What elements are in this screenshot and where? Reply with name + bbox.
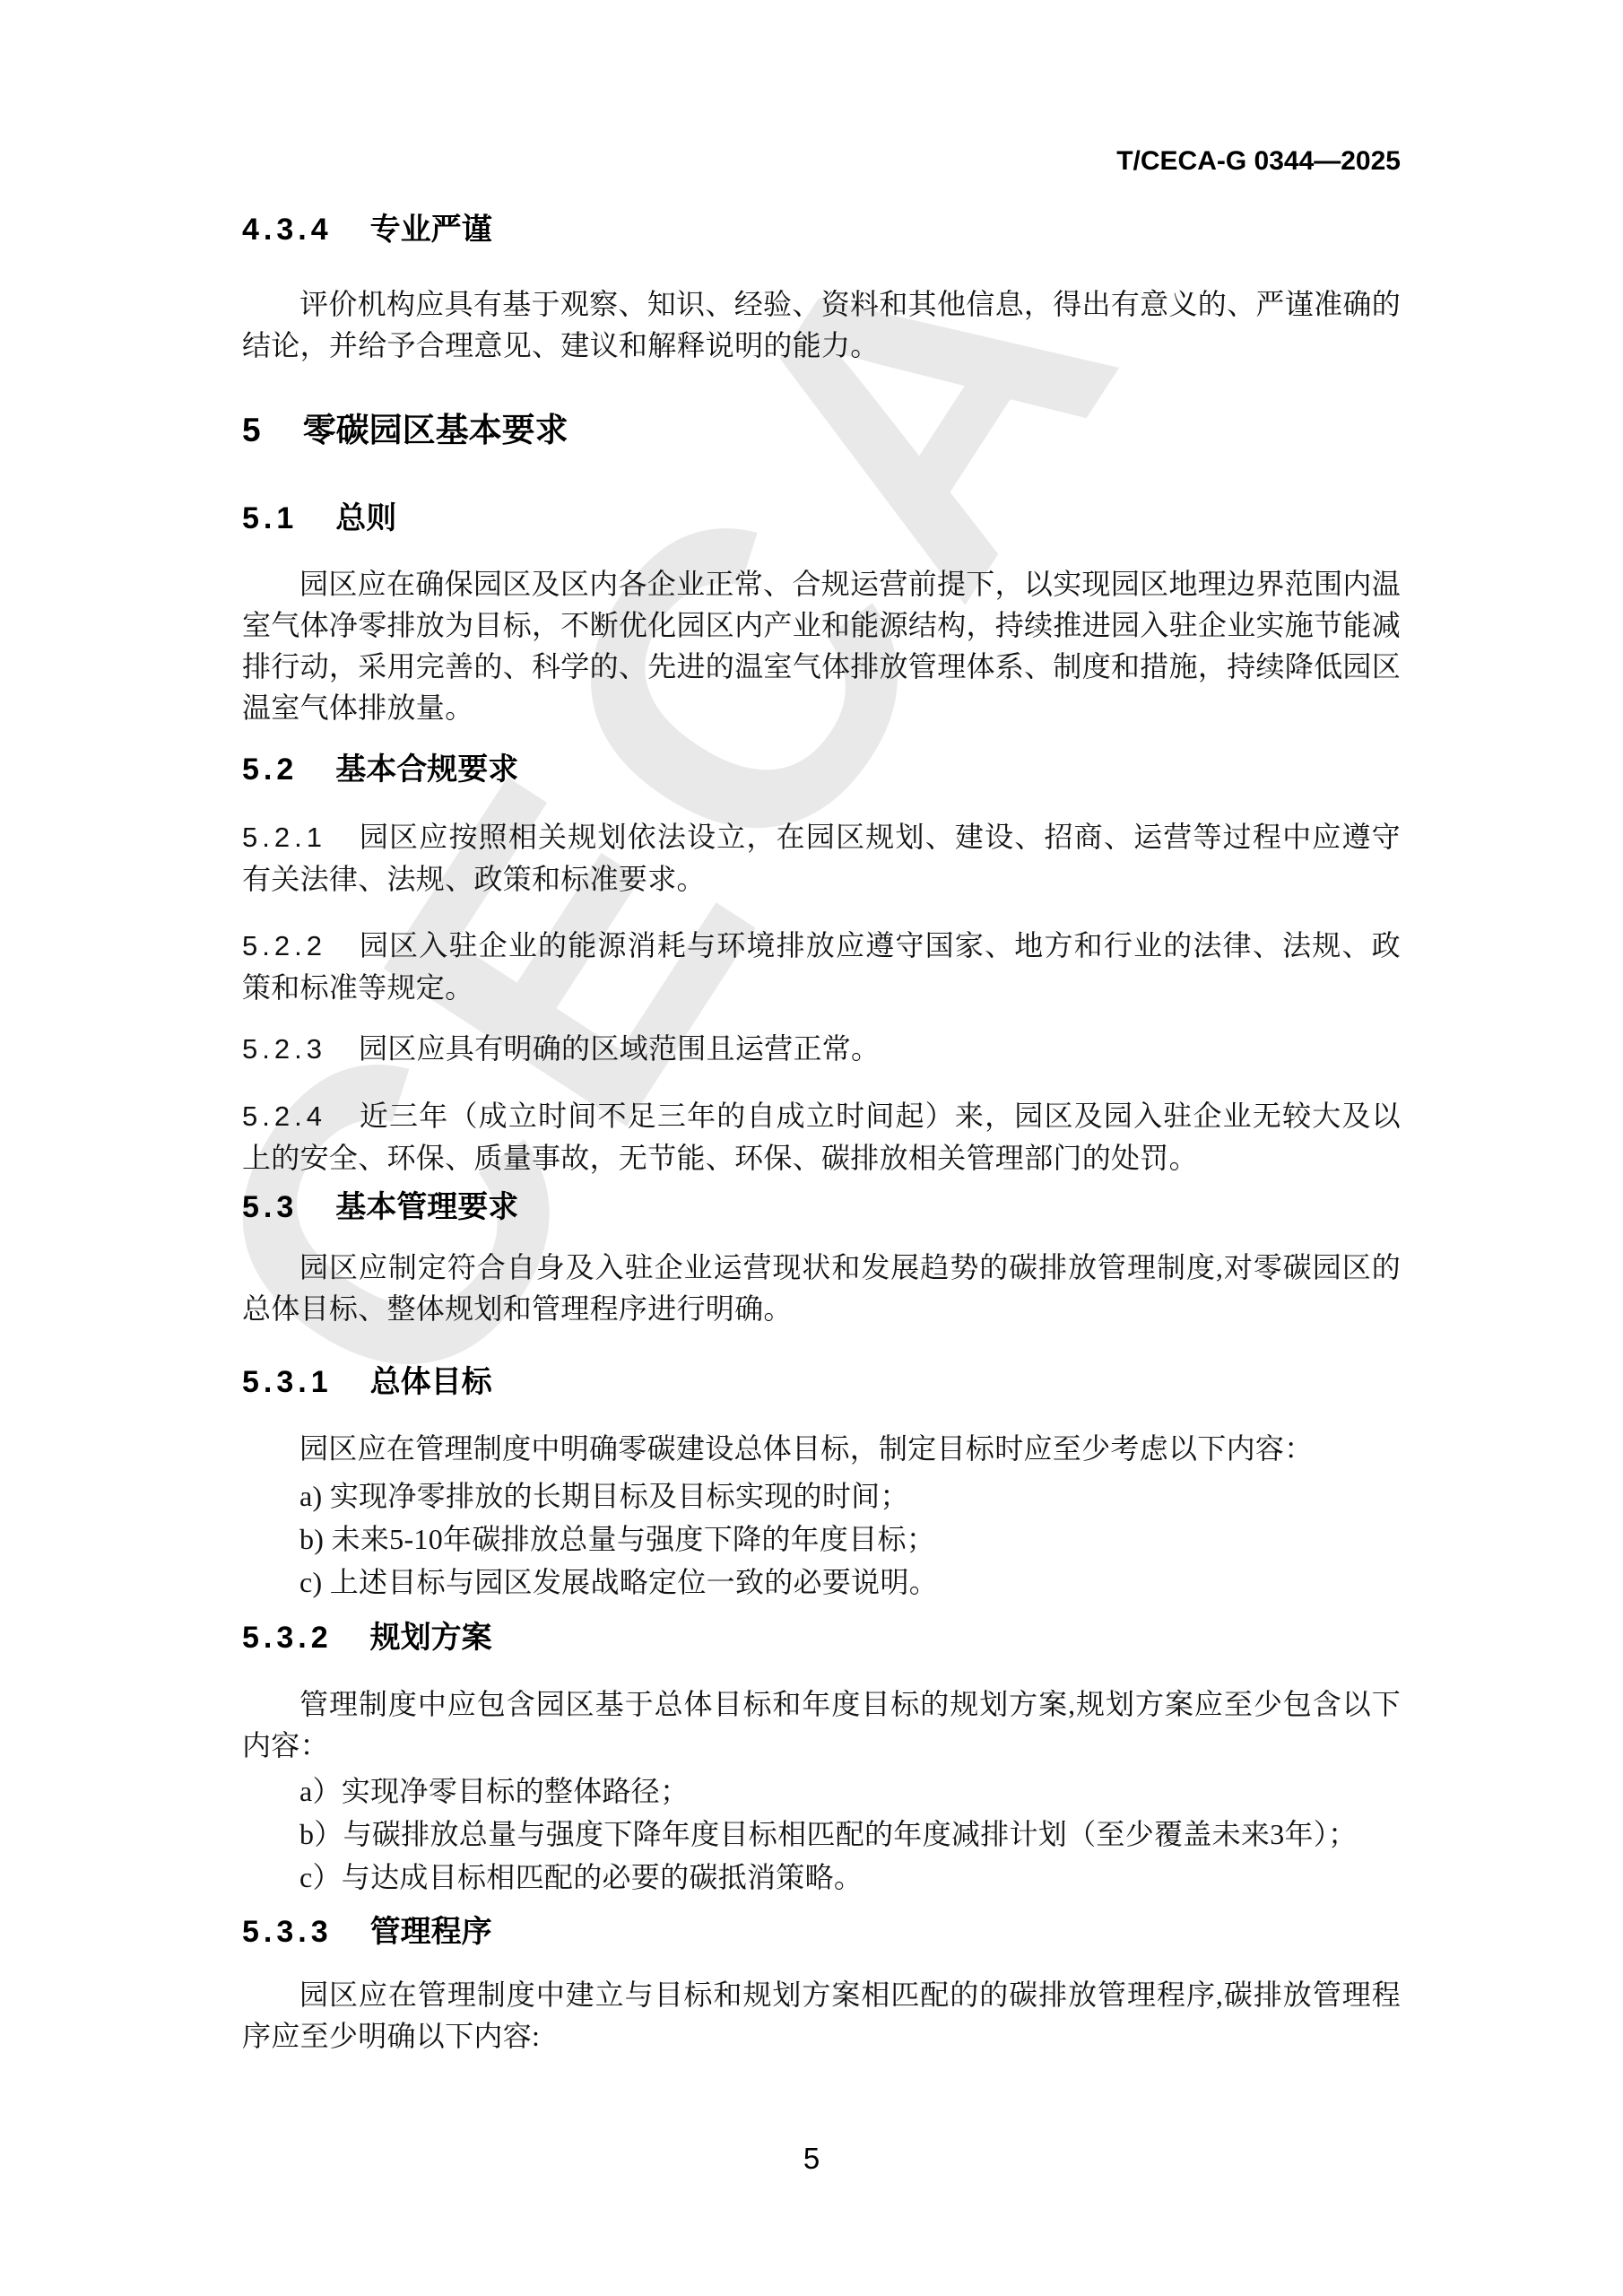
- list-item: c) 上述目标与园区发展战略定位一致的必要说明。: [242, 1561, 1401, 1604]
- intro-5-3-1: 园区应在管理制度中明确零碳建设总体目标，制定目标时应至少考虑以下内容：: [242, 1428, 1401, 1469]
- clause-5-2-4: 5.2.4近三年（成立时间不足三年的自成立时间起）来，园区及园入驻企业无较大及以…: [242, 1095, 1401, 1178]
- heading-5-3-2-number: 5.3.2: [242, 1621, 333, 1655]
- heading-5-1-number: 5.1: [242, 501, 298, 535]
- list-item: c）与达成目标相匹配的必要的碳抵消策略。: [242, 1856, 1401, 1899]
- heading-5-2: 5.2基本合规要求: [242, 750, 1401, 789]
- clause-5-2-2-number: 5.2.2: [242, 930, 326, 961]
- heading-5-3-2: 5.3.2规划方案: [242, 1618, 1401, 1657]
- heading-5-title: 零碳园区基本要求: [303, 412, 568, 448]
- heading-4-3-4-title: 专业严谨: [370, 213, 492, 247]
- clause-5-2-1-number: 5.2.1: [242, 822, 326, 853]
- list-item: b) 未来5-10年碳排放总量与强度下降的年度目标；: [242, 1518, 1401, 1561]
- heading-4-3-4: 4.3.4专业严谨: [242, 210, 1401, 249]
- clause-5-2-1-text: 园区应按照相关规划依法设立，在园区规划、建设、招商、运营等过程中应遵守有关法律、…: [242, 821, 1401, 895]
- heading-5-3-3-number: 5.3.3: [242, 1915, 333, 1949]
- page-number: 5: [0, 2142, 1623, 2176]
- header-doc-code: T/CECA-G 0344—2025: [242, 143, 1401, 179]
- heading-5-3-1-title: 总体目标: [370, 1365, 492, 1399]
- heading-5-2-title: 基本合规要求: [335, 752, 518, 787]
- heading-5-1-title: 总则: [335, 501, 396, 535]
- intro-5-3-2: 管理制度中应包含园区基于总体目标和年度目标的规划方案,规划方案应至少包含以下内容…: [242, 1683, 1401, 1766]
- clause-5-2-4-number: 5.2.4: [242, 1100, 326, 1132]
- list-item: a）实现净零目标的整体路径；: [242, 1770, 1401, 1813]
- clause-5-2-3: 5.2.3园区应具有明确的区域范围且运营正常。: [242, 1028, 1401, 1070]
- heading-5-3-number: 5.3: [242, 1190, 298, 1224]
- heading-5-3-1: 5.3.1总体目标: [242, 1362, 1401, 1402]
- intro-5-3-3: 园区应在管理制度中建立与目标和规划方案相匹配的的碳排放管理程序,碳排放管理程序应…: [242, 1974, 1401, 2057]
- heading-5-3-3: 5.3.3管理程序: [242, 1912, 1401, 1952]
- heading-5-2-number: 5.2: [242, 752, 298, 787]
- clause-5-2-1: 5.2.1园区应按照相关规划依法设立，在园区规划、建设、招商、运营等过程中应遵守…: [242, 816, 1401, 900]
- paragraph-5-3: 园区应制定符合自身及入驻企业运营现状和发展趋势的碳排放管理制度,对零碳园区的总体…: [242, 1247, 1401, 1329]
- list-5-3-1: a) 实现净零排放的长期目标及目标实现的时间； b) 未来5-10年碳排放总量与…: [242, 1474, 1401, 1604]
- clause-5-2-4-text: 近三年（成立时间不足三年的自成立时间起）来，园区及园入驻企业无较大及以上的安全、…: [242, 1100, 1401, 1174]
- heading-5-3-3-title: 管理程序: [370, 1915, 492, 1949]
- document-page: CECA T/CECA-G 0344—2025 4.3.4专业严谨 评价机构应具…: [0, 0, 1623, 2296]
- clause-5-2-2-text: 园区入驻企业的能源消耗与环境排放应遵守国家、地方和行业的法律、法规、政策和标准等…: [242, 929, 1401, 1004]
- heading-5: 5零碳园区基本要求: [242, 411, 1401, 450]
- heading-5-3: 5.3基本管理要求: [242, 1187, 1401, 1227]
- list-item: a) 实现净零排放的长期目标及目标实现的时间；: [242, 1474, 1401, 1518]
- clause-5-2-3-number: 5.2.3: [242, 1033, 326, 1065]
- list-item: b）与碳排放总量与强度下降年度目标相匹配的年度减排计划（至少覆盖未来3年）；: [242, 1813, 1401, 1856]
- heading-5-1: 5.1总则: [242, 499, 1401, 538]
- clause-5-2-3-text: 园区应具有明确的区域范围且运营正常。: [359, 1032, 880, 1065]
- clause-5-2-2: 5.2.2园区入驻企业的能源消耗与环境排放应遵守国家、地方和行业的法律、法规、政…: [242, 925, 1401, 1008]
- paragraph-5-1: 园区应在确保园区及区内各企业正常、合规运营前提下，以实现园区地理边界范围内温室气…: [242, 563, 1401, 728]
- heading-5-3-1-number: 5.3.1: [242, 1365, 333, 1399]
- list-5-3-2: a）实现净零目标的整体路径； b）与碳排放总量与强度下降年度目标相匹配的年度减排…: [242, 1770, 1401, 1899]
- heading-4-3-4-number: 4.3.4: [242, 213, 333, 247]
- paragraph-4-3-4: 评价机构应具有基于观察、知识、经验、资料和其他信息，得出有意义的、严谨准确的结论…: [242, 283, 1401, 366]
- heading-5-3-2-title: 规划方案: [370, 1621, 492, 1655]
- heading-5-3-title: 基本管理要求: [335, 1190, 518, 1224]
- heading-5-number: 5: [242, 412, 265, 448]
